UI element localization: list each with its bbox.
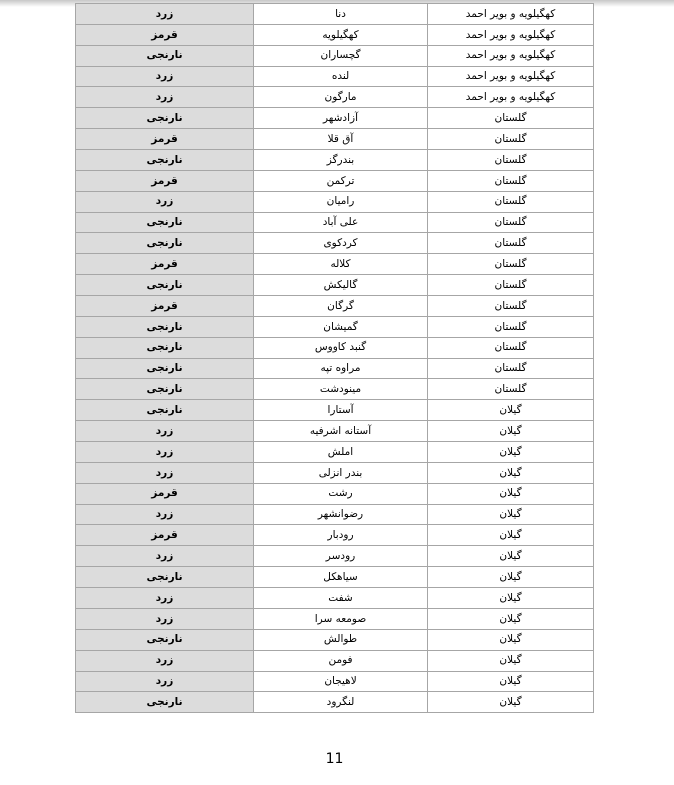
province-cell: گیلان [428,692,593,712]
province-cell: گیلان [428,505,593,525]
city-cell: صومعه سرا [253,609,428,629]
table-row: نارنجی گچساران کهگیلویه و بویر احمد [76,45,593,66]
city-cell: کهگیلویه [253,25,428,45]
province-cell: کهگیلویه و بویر احمد [428,46,593,66]
province-cell: گلستان [428,213,593,233]
city-cell: گالیکش [253,275,428,295]
status-color-cell: زرد [76,609,253,629]
city-cell: شفت [253,588,428,608]
table-row: زرد مارگون کهگیلویه و بویر احمد [76,86,593,107]
status-color-cell: نارنجی [76,379,253,399]
table-row: نارنجی گمیشان گلستان [76,316,593,337]
status-color-cell: نارنجی [76,46,253,66]
status-color-cell: نارنجی [76,359,253,379]
table-row: زرد صومعه سرا گیلان [76,608,593,629]
city-cell: فومن [253,651,428,671]
status-color-cell: قرمز [76,171,253,191]
province-cell: گلستان [428,359,593,379]
table-row: نارنجی لنگرود گیلان [76,691,593,712]
table-row: نارنجی گالیکش گلستان [76,274,593,295]
status-color-cell: قرمز [76,525,253,545]
province-cell: گیلان [428,463,593,483]
city-cell: رودبار [253,525,428,545]
status-color-cell: زرد [76,192,253,212]
table-row: زرد رضوانشهر گیلان [76,504,593,525]
city-cell: علی آباد [253,213,428,233]
city-cell: بندرگز [253,150,428,170]
table-row: زرد فومن گیلان [76,650,593,671]
table-row: زرد رودسر گیلان [76,545,593,566]
status-color-cell: زرد [76,651,253,671]
status-color-cell: نارنجی [76,213,253,233]
city-cell: کردکوی [253,233,428,253]
province-cell: کهگیلویه و بویر احمد [428,87,593,107]
table-row: نارنجی بندرگز گلستان [76,149,593,170]
city-cell: کلاله [253,254,428,274]
table-row: قرمز رشت گیلان [76,483,593,504]
status-color-cell: زرد [76,463,253,483]
city-cell: گمیشان [253,317,428,337]
status-color-cell: زرد [76,546,253,566]
province-cell: گلستان [428,171,593,191]
table-row: زرد شفت گیلان [76,587,593,608]
page-number: 11 [75,751,594,767]
status-color-cell: نارنجی [76,400,253,420]
table-row: نارنجی سیاهکل گیلان [76,566,593,587]
table-row: نارنجی گنبد کاووس گلستان [76,337,593,358]
province-cell: گیلان [428,484,593,504]
table-row: زرد آستانه اشرفیه گیلان [76,420,593,441]
province-cell: گلستان [428,296,593,316]
city-cell: رودسر [253,546,428,566]
city-cell: آق قلا [253,129,428,149]
province-cell: گلستان [428,317,593,337]
province-cell: گلستان [428,108,593,128]
status-color-cell: زرد [76,505,253,525]
city-cell: املش [253,442,428,462]
province-cell: کهگیلویه و بویر احمد [428,67,593,87]
table-row: زرد رامیان گلستان [76,191,593,212]
province-cell: گیلان [428,651,593,671]
status-color-cell: زرد [76,4,253,24]
province-cell: گلستان [428,275,593,295]
table-row: قرمز ترکمن گلستان [76,170,593,191]
province-cell: گیلان [428,525,593,545]
status-color-cell: قرمز [76,296,253,316]
province-cell: گیلان [428,421,593,441]
city-cell: لنده [253,67,428,87]
province-cell: گلستان [428,379,593,399]
status-color-cell: زرد [76,421,253,441]
table-row: قرمز کهگیلویه کهگیلویه و بویر احمد [76,24,593,45]
city-cell: مراوه تپه [253,359,428,379]
status-color-cell: نارنجی [76,338,253,358]
table-row: زرد لنده کهگیلویه و بویر احمد [76,66,593,87]
status-color-cell: قرمز [76,25,253,45]
city-cell: آستانه اشرفیه [253,421,428,441]
table-row: زرد بندر انزلی گیلان [76,462,593,483]
status-color-cell: نارنجی [76,150,253,170]
status-color-cell: زرد [76,67,253,87]
province-cell: گلستان [428,150,593,170]
city-cell: گنبد کاووس [253,338,428,358]
province-cell: گیلان [428,672,593,692]
status-color-cell: زرد [76,588,253,608]
city-cell: دنا [253,4,428,24]
province-cell: کهگیلویه و بویر احمد [428,4,593,24]
province-cell: گیلان [428,630,593,650]
table-row: زرد لاهیجان گیلان [76,671,593,692]
city-cell: سیاهکل [253,567,428,587]
status-color-cell: زرد [76,672,253,692]
province-cell: کهگیلویه و بویر احمد [428,25,593,45]
table-row: نارنجی علی آباد گلستان [76,212,593,233]
status-color-cell: نارنجی [76,233,253,253]
city-cell: رامیان [253,192,428,212]
province-cell: گیلان [428,609,593,629]
city-cell: آزادشهر [253,108,428,128]
province-cell: گلستان [428,254,593,274]
status-color-cell: قرمز [76,254,253,274]
table-row: نارنجی مراوه تپه گلستان [76,358,593,379]
table-row: قرمز رودبار گیلان [76,524,593,545]
city-cell: لنگرود [253,692,428,712]
city-cell: آستارا [253,400,428,420]
table-row: قرمز آق قلا گلستان [76,128,593,149]
table-row: زرد املش گیلان [76,441,593,462]
status-color-cell: قرمز [76,484,253,504]
status-color-cell: نارنجی [76,317,253,337]
province-cell: گیلان [428,567,593,587]
status-color-cell: نارنجی [76,108,253,128]
city-cell: مینودشت [253,379,428,399]
status-color-cell: زرد [76,87,253,107]
province-cell: گیلان [428,546,593,566]
province-cell: گیلان [428,588,593,608]
province-cell: گلستان [428,338,593,358]
table-row: نارنجی آستارا گیلان [76,399,593,420]
province-cell: گلستان [428,192,593,212]
table-row: نارنجی طوالش گیلان [76,629,593,650]
table-row: قرمز گرگان گلستان [76,295,593,316]
status-color-cell: قرمز [76,129,253,149]
city-cell: رشت [253,484,428,504]
document-page: زرد دنا کهگیلویه و بویر احمد قرمز کهگیلو… [0,0,674,785]
status-color-cell: نارنجی [76,275,253,295]
status-color-cell: نارنجی [76,630,253,650]
table-row: نارنجی کردکوی گلستان [76,232,593,253]
province-cell: گلستان [428,129,593,149]
province-cell: گیلان [428,400,593,420]
table-row: نارنجی مینودشت گلستان [76,378,593,399]
city-cell: گچساران [253,46,428,66]
status-color-cell: نارنجی [76,692,253,712]
province-cell: گلستان [428,233,593,253]
province-city-status-table: زرد دنا کهگیلویه و بویر احمد قرمز کهگیلو… [75,3,594,713]
city-cell: طوالش [253,630,428,650]
city-cell: مارگون [253,87,428,107]
table-row: قرمز کلاله گلستان [76,253,593,274]
table-row: زرد دنا کهگیلویه و بویر احمد [76,4,593,24]
city-cell: بندر انزلی [253,463,428,483]
city-cell: لاهیجان [253,672,428,692]
table-row: نارنجی آزادشهر گلستان [76,107,593,128]
province-cell: گیلان [428,442,593,462]
status-color-cell: زرد [76,442,253,462]
city-cell: گرگان [253,296,428,316]
city-cell: رضوانشهر [253,505,428,525]
status-color-cell: نارنجی [76,567,253,587]
city-cell: ترکمن [253,171,428,191]
